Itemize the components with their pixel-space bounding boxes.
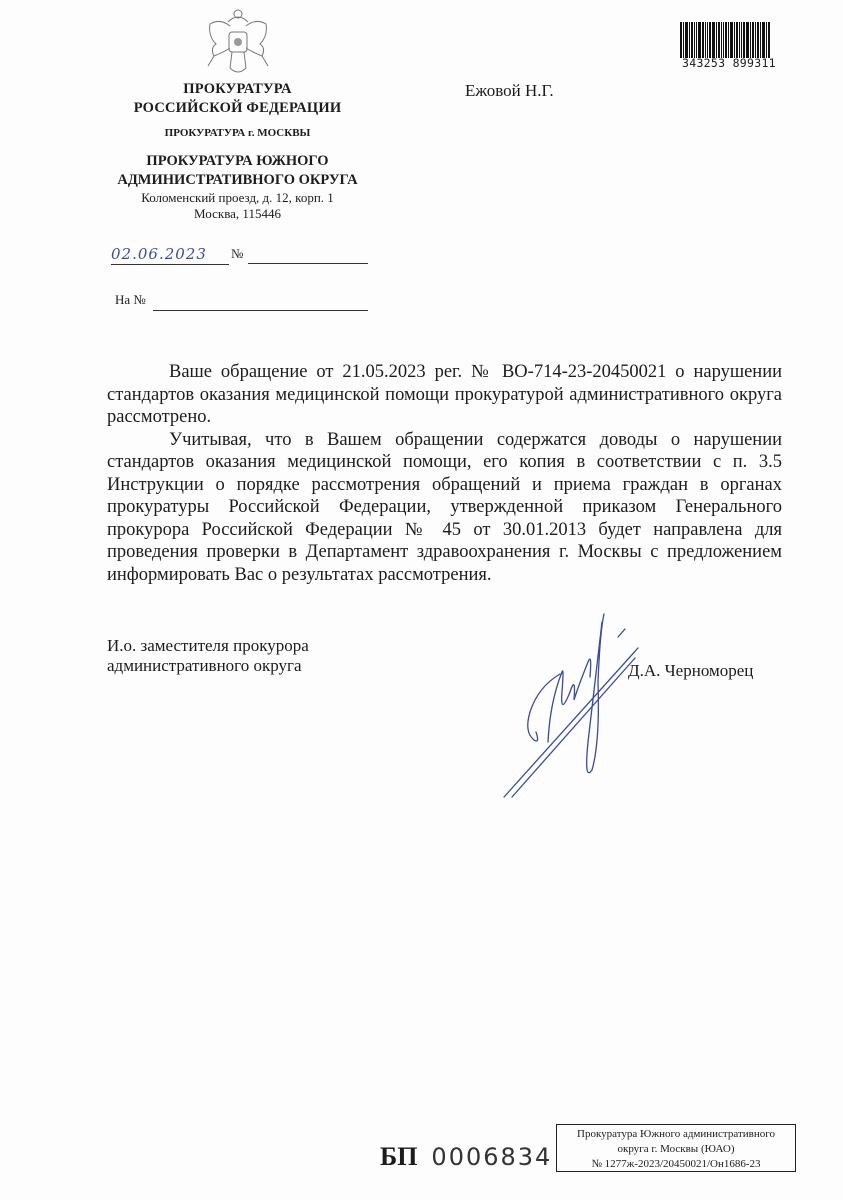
reply-reference-line: На № [115, 292, 375, 314]
signer-position-line: И.о. заместителя прокурора [107, 636, 309, 656]
org-department-line: АДМИНИСТРАТИВНОГО ОКРУГА [100, 171, 375, 190]
org-subdivision: ПРОКУРАТУРА г. МОСКВЫ [100, 126, 375, 140]
barcode-bars [680, 22, 795, 58]
signer-position: И.о. заместителя прокурора административ… [107, 636, 309, 676]
number-label: № [231, 246, 243, 262]
handwritten-signature-icon [500, 592, 650, 802]
outgoing-date-number-line: 02.06.2023 № [111, 244, 371, 266]
body-paragraph: Учитывая, что в Вашем обращении содержат… [107, 429, 782, 587]
stamp-registration-number: № 1277ж-2023/20450021/Он1686-23 [557, 1157, 795, 1172]
org-name-line: ПРОКУРАТУРА [100, 80, 375, 99]
stamp-line: округа г. Москвы (ЮАО) [557, 1142, 795, 1157]
form-serial: БП 0006834 [380, 1142, 552, 1172]
body-paragraph: Ваше обращение от 21.05.2023 рег. № ВО-7… [107, 361, 782, 429]
org-name-line: РОССИЙСКОЙ ФЕДЕРАЦИИ [100, 99, 375, 118]
coat-of-arms-icon [200, 8, 276, 80]
reply-number-label: На № [115, 292, 146, 308]
registration-stamp: Прокуратура Южного административного окр… [556, 1124, 796, 1172]
form-series-label: БП [380, 1142, 417, 1172]
letter-body: Ваше обращение от 21.05.2023 рег. № ВО-7… [107, 361, 782, 586]
handwritten-date: 02.06.2023 [111, 244, 229, 265]
org-address: Коломенский проезд, д. 12, корп. 1 [100, 190, 375, 206]
stamp-line: Прокуратура Южного административного [557, 1127, 795, 1142]
org-department-line: ПРОКУРАТУРА ЮЖНОГО [100, 152, 375, 171]
signer-position-line: административного округа [107, 656, 309, 676]
barcode-digits: 343253 899311 [680, 56, 795, 70]
recipient-name: Ежовой Н.Г. [465, 81, 554, 101]
form-serial-number: 0006834 [431, 1143, 552, 1171]
reply-number-field-line [153, 310, 368, 311]
org-city-postcode: Москва, 115446 [100, 206, 375, 222]
barcode: 343253 899311 [680, 22, 795, 70]
sender-organization-block: ПРОКУРАТУРА РОССИЙСКОЙ ФЕДЕРАЦИИ ПРОКУРА… [100, 80, 375, 222]
number-field-line [248, 263, 368, 264]
signer-name: Д.А. Черноморец [628, 661, 753, 681]
